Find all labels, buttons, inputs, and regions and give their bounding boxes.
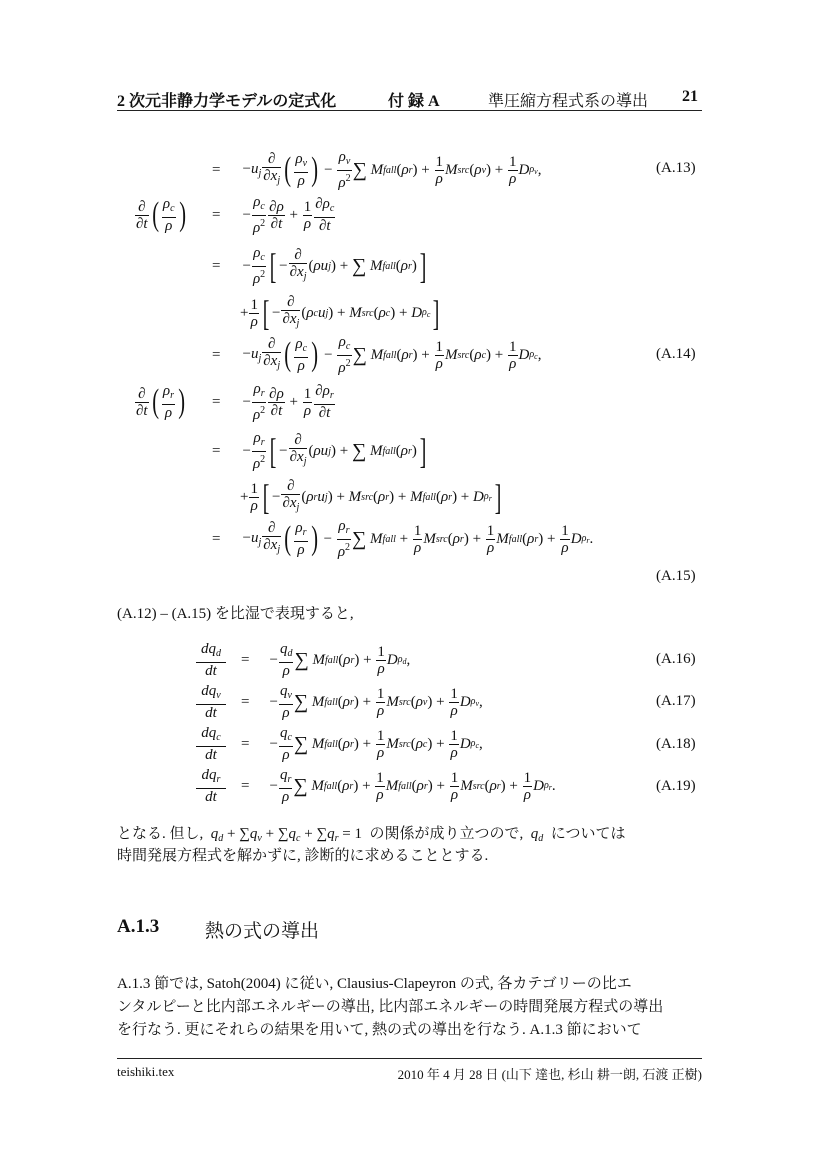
note-text-a: となる. 但し, [117, 826, 203, 842]
running-header-appendix-title: 準圧縮方程式系の導出 [488, 88, 648, 111]
equation-a17: dqvdt = −qvρ ∑ Mfall(ρr) + 1ρMsrc(ρv) + … [195, 682, 483, 722]
equation-number-a14: (A.14) [656, 346, 696, 363]
equation-a15-lhs: ∂∂t (ρrρ) [134, 380, 187, 424]
running-header-chapter: 2 次元非静力学モデルの定式化 [117, 88, 336, 111]
equation-number-a19: (A.19) [656, 778, 696, 795]
equation-a15: = −uj ∂∂xj (ρrρ) − ρrρ2 ∑ Mfall + 1ρMsrc… [212, 518, 593, 560]
equation-number-a13: (A.13) [656, 160, 696, 177]
page-number: 21 [682, 88, 698, 106]
equation-a15-line3: +1ρ [−∂∂xj(ρruj) + Msrc(ρr) + Mfall(ρr) … [240, 474, 504, 520]
section-number: A.1.3 [117, 916, 159, 938]
footer-date-authors: 2010 年 4 月 28 日 (山下 達也, 杉山 耕一朗, 石渡 正樹) [398, 1064, 702, 1083]
equation-number-a17: (A.17) [656, 693, 696, 710]
equation-a16: dqddt = −qdρ ∑ Mfall(ρr) + 1ρDρd, [195, 638, 410, 682]
equation-a15-line1: = −ρrρ2 ∂ρ∂t + 1ρ ∂ρr∂t [212, 380, 336, 424]
equation-a14-line2: = −ρcρ2 [−∂∂xj(ρuj) + ∑ Mfall(ρr)] [212, 243, 429, 289]
equation-a18: dqcdt = −qcρ ∑ Mfall(ρr) + 1ρMsrc(ρc) + … [195, 724, 483, 764]
equation-number-a16: (A.16) [656, 651, 696, 668]
paragraph-line1: A.1.3 節では, Satoh(2004) に従い, Clausius-Cla… [117, 973, 632, 995]
inline-math-qd: qd [527, 826, 547, 842]
note-text-c: については [551, 826, 626, 842]
running-header-appendix: 付 録 A [388, 88, 440, 111]
equation-number-a18: (A.18) [656, 736, 696, 753]
paragraph-line3: を行なう. 更にそれらの結果を用いて, 熱の式の導出を行なう. A.1.3 節に… [117, 1019, 642, 1041]
inline-math-sum-identity: qd + ∑qv + ∑qc + ∑qr = 1 [207, 826, 366, 842]
header-rule [117, 110, 702, 111]
section-title: 熱の式の導出 [205, 916, 319, 943]
equation-a13: = −uj ∂∂xj (ρvρ) − ρvρ2 ∑ Mfall(ρr) + 1ρ… [212, 150, 541, 190]
footer-rule [117, 1058, 702, 1059]
equation-a19: dqrdt = −qrρ ∑ Mfall(ρr) + 1ρMfall(ρr) +… [195, 766, 556, 806]
text-note-line2: 時間発展方程式を解かずに, 診断的に求めることとする. [117, 845, 488, 867]
paragraph-line2: ンタルピーと比内部エネルギーの導出, 比内部エネルギーの時間発展方程式の導出 [117, 996, 663, 1018]
equation-a14: = −uj ∂∂xj (ρcρ) − ρcρ2 ∑ Mfall(ρr) + 1ρ… [212, 334, 541, 376]
equation-a14-line1: = −ρcρ2 ∂ρ∂t + 1ρ ∂ρc∂t [212, 193, 336, 237]
note-text-b: の関係が成り立つので, [370, 826, 524, 842]
equation-a14-lhs: ∂∂t (ρcρ) [134, 193, 188, 237]
equation-number-a15: (A.15) [656, 568, 696, 585]
equation-a15-line2: = −ρrρ2 [−∂∂xj(ρuj) + ∑ Mfall(ρr)] [212, 428, 429, 474]
text-intro-specific-humidity: (A.12) – (A.15) を比湿で表現すると, [117, 603, 354, 625]
equation-a14-line3: +1ρ [−∂∂xj(ρcuj) + Msrc(ρc) + Dρc] [240, 290, 442, 336]
footer-filename: teishiki.tex [117, 1064, 174, 1080]
